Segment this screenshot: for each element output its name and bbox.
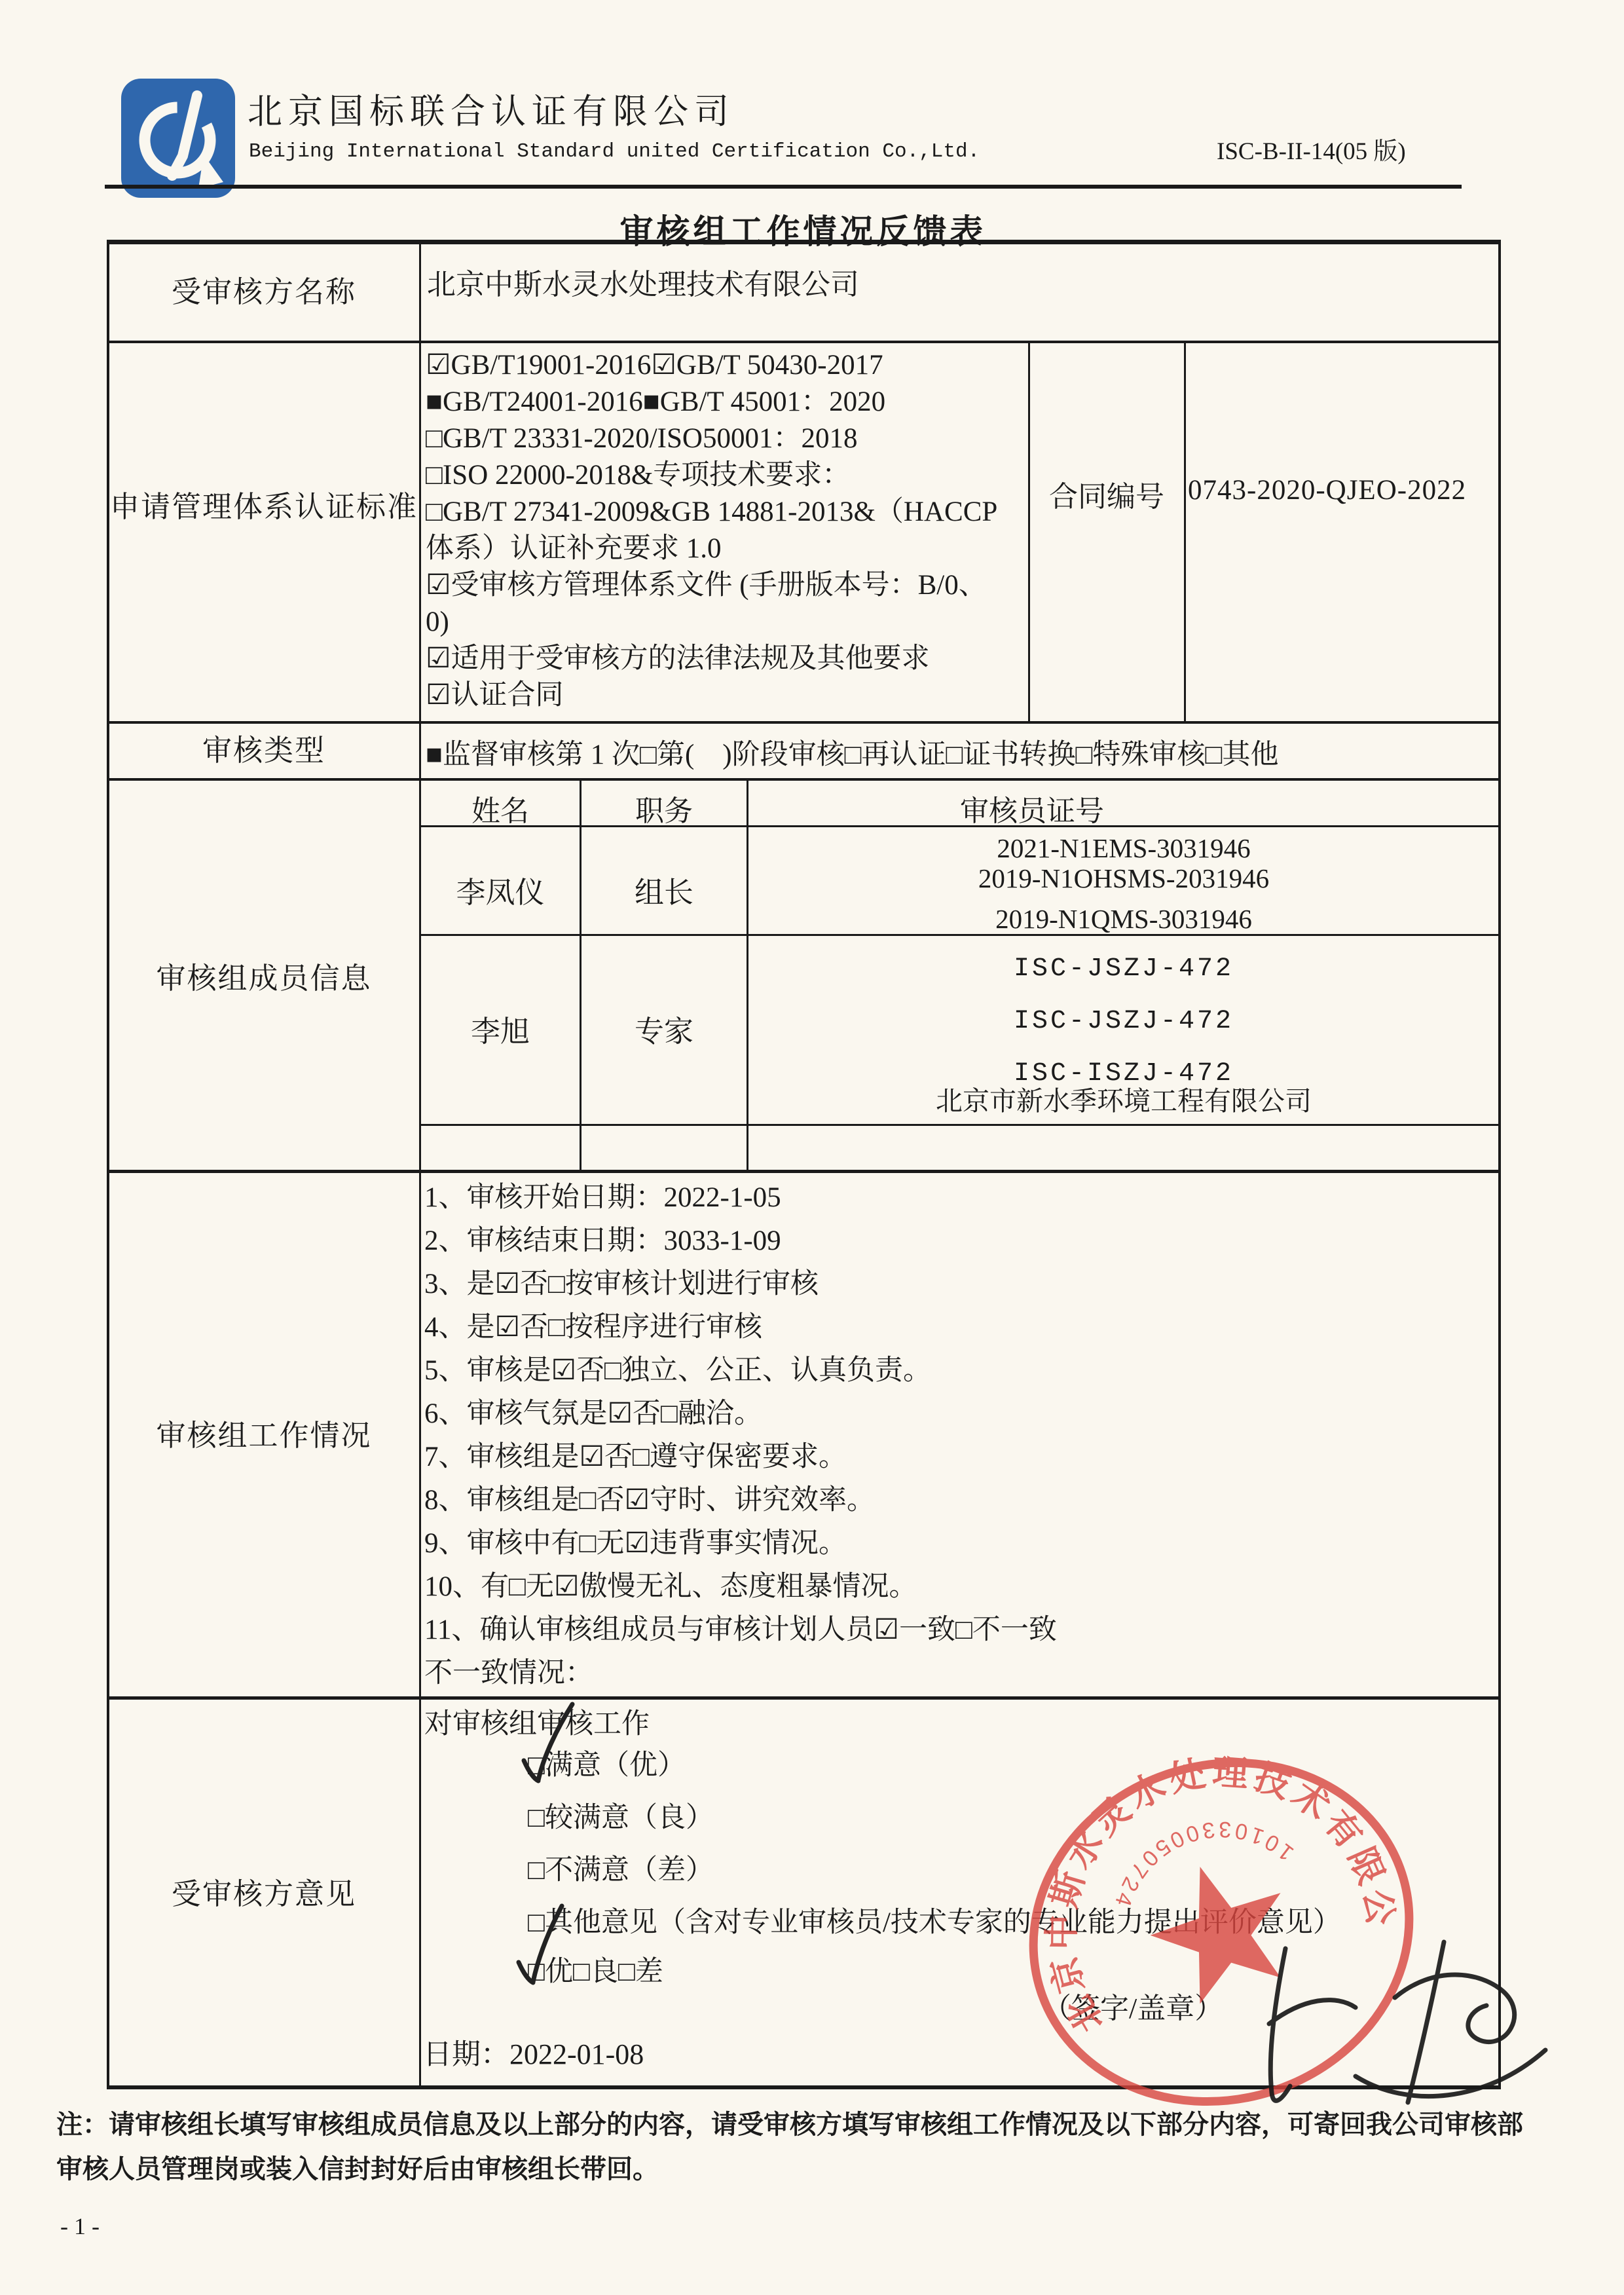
member-cert-number: 2019-N1OHSMS-2031946 [748,863,1500,893]
member-name: 李旭 [421,1007,580,1050]
member-role: 专家 [581,1007,747,1050]
opinion-heading: 对审核组审核工作 [424,1702,650,1742]
audit-type-label: 审核类型 [107,734,421,768]
footer-note-line2: 审核人员管理岗或装入信封封好后由审核组长带回。 [56,2148,1595,2186]
member-cert-number: ISC-JSZJ-472 [748,996,1500,1048]
page-number: - 1 - [60,2212,100,2240]
member-role: 组长 [581,868,747,911]
opinion-section-label: 受审核方意见 [107,1877,421,1911]
standards-line: ■GB/T24001-2016■GB/T 45001：2020 [426,384,1015,420]
contract-no-label: 合同编号 [1029,473,1184,515]
form-title: 审核组工作情况反馈表 [107,204,1500,253]
auditee-name: 北京中斯水灵水处理技术有限公司 [427,261,859,303]
work-section-label: 审核组工作情况 [107,1419,421,1453]
standards-line: ☑受审核方管理体系文件 (手册版本号：B/0、 [426,567,1015,604]
member-cert-number: 2021-N1EMS-3031946 [748,833,1500,863]
auditee-label: 受审核方名称 [107,275,421,309]
standards-line: ☑GB/T19001-2016☑GB/T 50430-2017 [426,347,1015,384]
contract-no-value: 0743-2020-QJEO-2022 [1188,474,1466,506]
row-line [107,1170,1501,1173]
opinion-option: □不满意（差） [528,1844,1549,1897]
work-status-item: 6、审核气氛是☑否□融洽。 [424,1392,1498,1436]
table-border-bottom [107,2085,1501,2089]
grade-line: □优□良□差 [528,1949,663,1989]
opinion-option: □其他意见（含对专业审核员/技术专家的专业能力提出评价意见） [528,1897,1549,1949]
work-status-list: 1、审核开始日期：2022-1-052、审核结束日期：3033-1-093、是☑… [424,1176,1498,1695]
member-cert-number: 2019-N1QMS-3031946 [748,904,1500,934]
standards-label: 申请管理体系认证标准 [107,490,421,524]
standards-checklist: ☑GB/T19001-2016☑GB/T 50430-2017■GB/T2400… [426,347,1015,714]
row-line [107,341,1501,343]
member-cert-number: ISC-JSZJ-472 [748,943,1500,996]
contract-column-line [1184,341,1186,721]
work-status-item: 4、是☑否□按程序进行审核 [424,1306,1498,1349]
opinion-option: □满意（优） [528,1740,1549,1792]
work-status-item: 10、有□无☑傲慢无礼、态度粗暴情况。 [424,1565,1498,1609]
opinion-option: □较满意（良） [528,1792,1549,1844]
opinion-options: □满意（优）□较满意（良）□不满意（差）□其他意见（含对专业审核员/技术专家的专… [528,1740,1549,1949]
row-line [107,778,1501,781]
work-status-item: 2、审核结束日期：3033-1-09 [424,1220,1498,1263]
company-name-en: Beijing International Standard united Ce… [249,140,980,163]
member-cert-list: ISC-JSZJ-472ISC-JSZJ-472ISC-ISZJ-472 [748,943,1500,1100]
member-name: 李凤仪 [421,868,580,911]
member-organization: 北京市新水季环境工程有限公司 [748,1079,1500,1118]
work-status-item: 5、审核是☑否□独立、公正、认真负责。 [424,1349,1498,1392]
certification-logo [120,77,236,199]
work-status-item: 1、审核开始日期：2022-1-05 [424,1176,1498,1220]
standards-line: ☑适用于受审核方的法律法规及其他要求 [426,641,1015,677]
standards-line: □GB/T 23331-2020/ISO50001：2018 [426,420,1015,457]
standards-line: □GB/T 27341-2009&GB 14881-2013&（HACCP [426,494,1015,531]
work-status-item: 7、审核组是☑否□遵守保密要求。 [424,1436,1498,1479]
scanned-form-page: 北京国标联合认证有限公司 Beijing International Stand… [0,0,1624,2295]
opinion-date: 日期：2022-01-08 [423,2030,644,2072]
work-status-item: 8、审核组是□否☑守时、讲究效率。 [424,1479,1498,1522]
standards-line: □ISO 22000-2018&专项技术要求： [426,457,1015,494]
work-status-item: 3、是☑否□按审核计划进行审核 [424,1263,1498,1306]
member-header-cert: 审核员证号 [748,787,1500,829]
form-number: ISC-B-II-14(05 版) [1217,131,1406,166]
header-divider [105,185,1462,189]
contract-column-line [1028,341,1030,721]
member-header-role: 职务 [581,787,747,829]
row-line [107,721,1501,724]
standards-line: 体系）认证补充要求 1.0 [426,531,1015,567]
footer-note-line1: 注：请审核组长填写审核组成员信息及以上部分的内容，请受审核方填写审核组工作情况及… [56,2104,1595,2141]
standards-line: 0) [426,604,1015,641]
work-status-item: 不一致情况： [424,1652,1498,1695]
signature-label: （签字/盖章） [1043,1985,1223,2026]
member-column-line [580,778,581,1170]
row-line [107,1696,1501,1700]
member-header-name: 姓名 [421,787,580,829]
work-status-item: 11、确认审核组成员与审核计划人员☑一致□不一致 [424,1609,1498,1652]
standards-line: ☑认证合同 [426,677,1015,714]
member-cert-list: 2021-N1EMS-30319462019-N1OHSMS-203194620… [748,833,1500,934]
audit-type-value: ■监督审核第 1 次□第( )阶段审核□再认证□证书转换□特殊审核□其他 [426,732,1278,772]
work-status-item: 9、审核中有□无☑违背事实情况。 [424,1522,1498,1565]
members-section-label: 审核组成员信息 [107,961,421,996]
table-border-top [107,240,1501,244]
handwritten-signature [1269,1942,1545,2102]
company-name-cn: 北京国标联合认证有限公司 [248,84,735,134]
